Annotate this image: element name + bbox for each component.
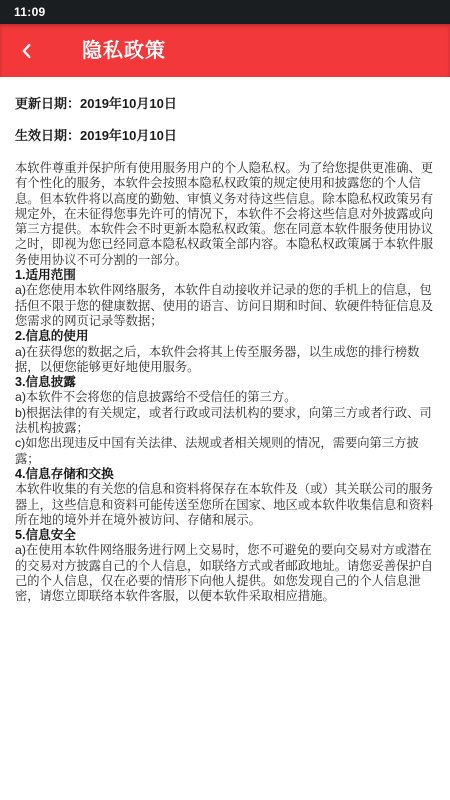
status-time: 11:09 bbox=[14, 5, 46, 19]
section-title-information-use: 2.信息的使用 bbox=[15, 329, 435, 344]
section-paragraph: a)在您使用本软件网络服务，本软件自动接收并记录的您的手机上的信息，包括但不限于… bbox=[15, 283, 435, 329]
section-title-information-disclosure: 3.信息披露 bbox=[15, 375, 435, 390]
page-title: 隐私政策 bbox=[82, 41, 166, 61]
intro-paragraph: 本软件尊重并保护所有使用服务用户的个人隐私权。为了给您提供更准确、更有个性化的服… bbox=[15, 161, 435, 268]
section-paragraph: a)在获得您的数据之后，本软件会将其上传至服务器，以生成您的排行榜数据，以便您能… bbox=[15, 345, 435, 376]
chevron-left-icon bbox=[16, 40, 38, 62]
section-title-scope: 1.适用范围 bbox=[15, 268, 435, 283]
section-paragraph: 本软件收集的有关您的信息和资料将保存在本软件及（或）其关联公司的服务器上，这些信… bbox=[15, 482, 435, 528]
section-paragraph: b)根据法律的有关规定，或者行政或司法机构的要求，向第三方或者行政、司法机构披露… bbox=[15, 406, 435, 437]
status-bar: 11:09 bbox=[0, 0, 450, 24]
section-paragraph: a)在使用本软件网络服务进行网上交易时，您不可避免的要向交易对方或潜在的交易对方… bbox=[15, 543, 435, 604]
privacy-policy-scroll-area[interactable]: 更新日期：2019年10月10日 生效日期：2019年10月10日 本软件尊重并… bbox=[0, 77, 450, 800]
phone-screen: 11:09 隐私政策 更新日期：2019年10月10日 生效日期：2019年10… bbox=[0, 0, 450, 800]
updated-date-line: 更新日期：2019年10月10日 bbox=[15, 97, 435, 111]
app-bar: 隐私政策 bbox=[0, 24, 450, 77]
section-paragraph: a)本软件不会将您的信息披露给不受信任的第三方。 bbox=[15, 390, 435, 405]
effective-date-line: 生效日期：2019年10月10日 bbox=[15, 129, 435, 143]
section-title-storage-exchange: 4.信息存储和交换 bbox=[15, 467, 435, 482]
section-paragraph: c)如您出现违反中国有关法律、法规或者相关规则的情况，需要向第三方披露； bbox=[15, 436, 435, 467]
section-title-information-security: 5.信息安全 bbox=[15, 528, 435, 543]
back-button[interactable] bbox=[16, 35, 48, 67]
